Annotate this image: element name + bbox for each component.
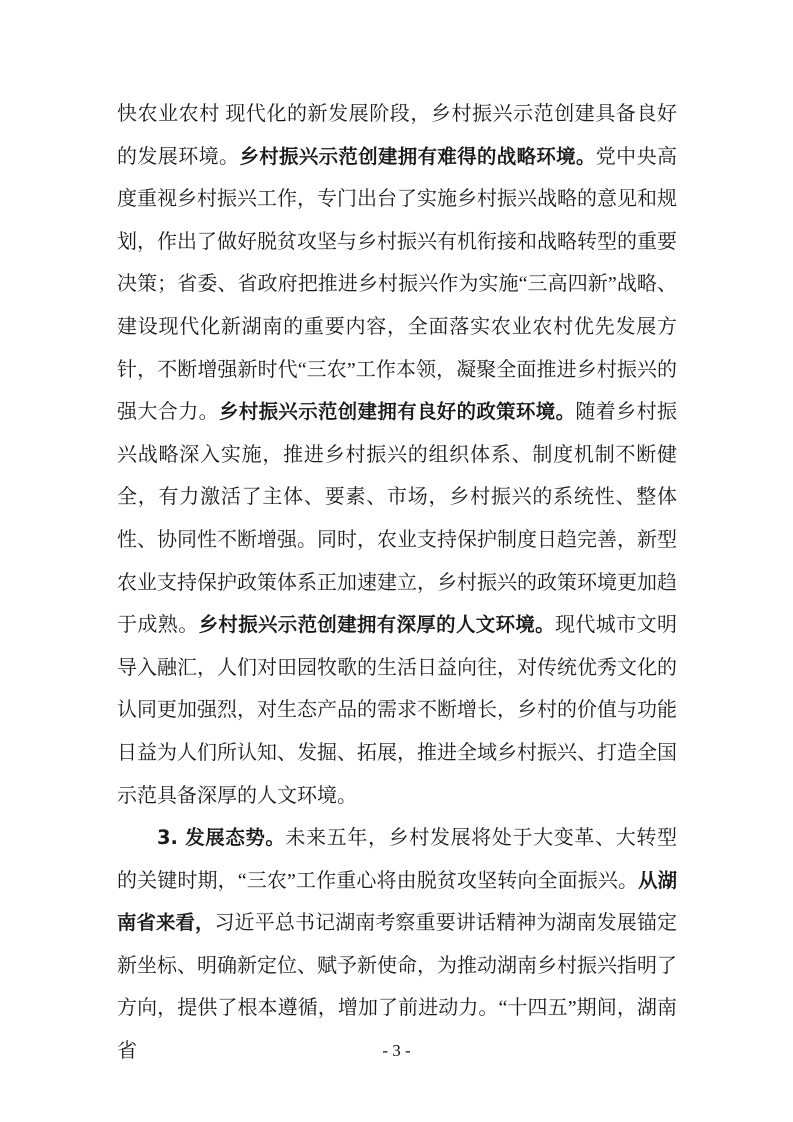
- text-run: 党中央高度重视乡村振兴工作，专门出台了实施乡村振兴战略的意见和规划，作出了做好脱…: [117, 146, 677, 424]
- bold-text-run: 乡村振兴示范创建拥有难得的战略环境。: [239, 145, 595, 168]
- text-run: 现代城市文明导入融汇，人们对田园牧歌的生活日益向往，对传统优秀文化的认同更加强烈…: [117, 614, 677, 806]
- bold-text-run: 3. 发展态势。: [157, 826, 285, 849]
- bold-text-run: 乡村振兴示范创建拥有良好的政策环境。: [219, 400, 575, 423]
- text-run: 随着乡村振兴战略深入实施，推进乡村振兴的组织体系、制度机制不断健全，有力激活了主…: [117, 401, 677, 636]
- document-body: 快农业农村 现代化的新发展阶段，乡村振兴示范创建具备良好的发展环境。乡村振兴示范…: [117, 93, 677, 1073]
- paragraph: 3. 发展态势。未来五年，乡村发展将处于大变革、大转型的关键时期，“三农”工作重…: [117, 817, 677, 1073]
- paragraph: 快农业农村 现代化的新发展阶段，乡村振兴示范创建具备良好的发展环境。乡村振兴示范…: [117, 93, 677, 817]
- document-page: 快农业农村 现代化的新发展阶段，乡村振兴示范创建具备良好的发展环境。乡村振兴示范…: [0, 0, 793, 1122]
- page-number: - 3 -: [0, 1040, 793, 1062]
- bold-text-run: 乡村振兴示范创建拥有深厚的人文环境。: [199, 613, 555, 636]
